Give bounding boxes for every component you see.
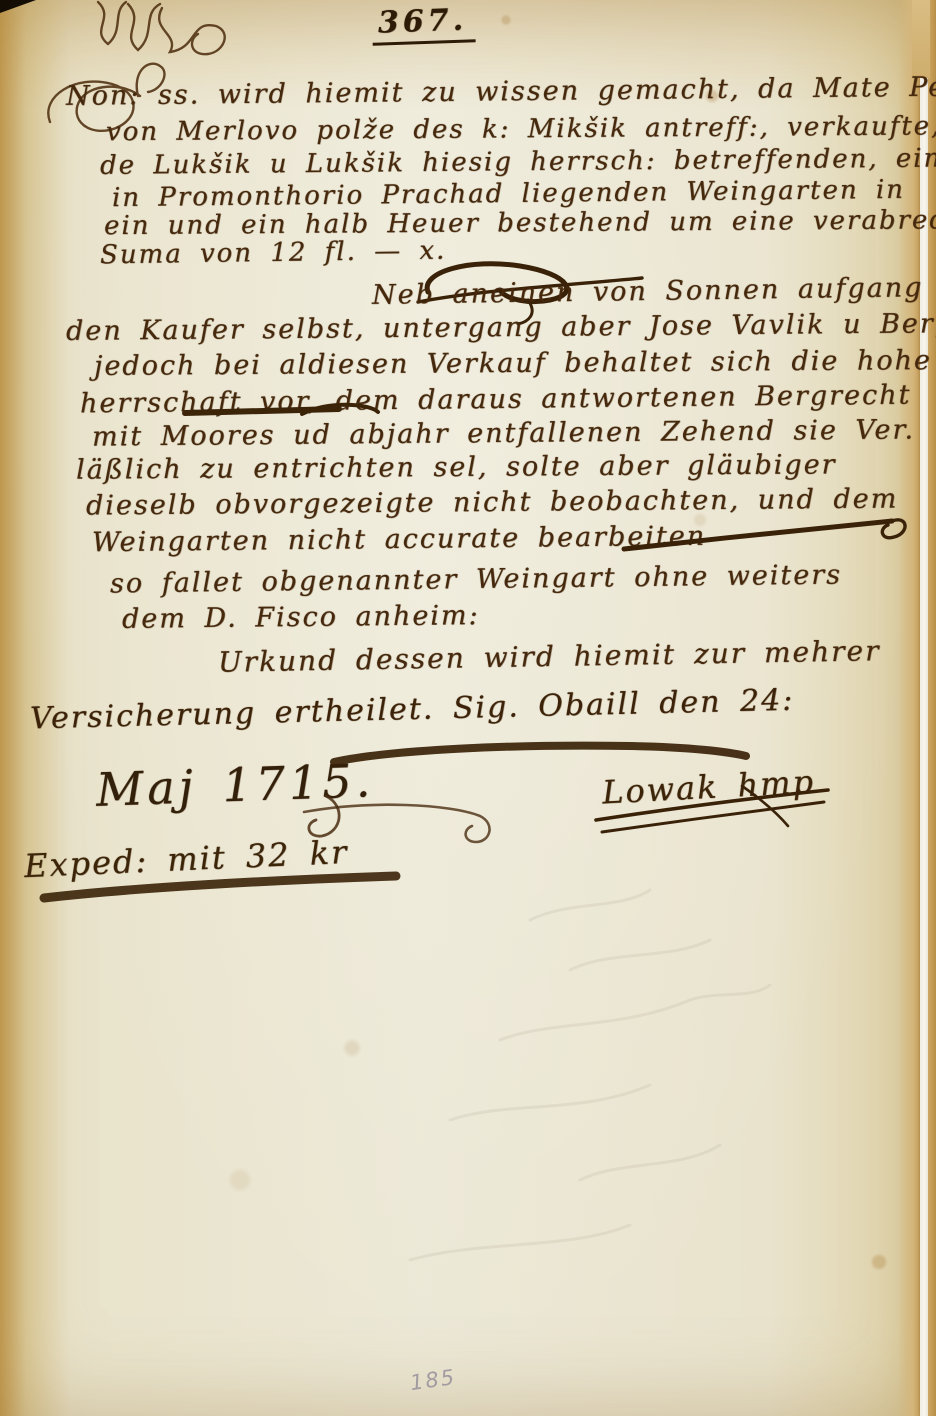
page-number: 367. [371, 2, 475, 46]
signature-strike-marks [592, 780, 832, 840]
closing-line: Urkund dessen wird hiemit zur mehrer [218, 634, 881, 679]
manuscript-page: 367. Non: ss. wird hiemit zu wissen gema… [0, 0, 936, 1416]
manuscript-line: läßlich zu entrichten sel, solte aber gl… [76, 449, 837, 485]
manuscript-line: so fallet obgenannter Weingart ohne weit… [110, 560, 842, 600]
manuscript-line: dem D. Fisco anheim: [122, 600, 480, 635]
manuscript-line: von Merlovo polže des k: Mikšik antreff:… [106, 111, 936, 147]
closing-line: Versicherung ertheilet. Sig. Obaill den … [30, 683, 795, 737]
manuscript-line: ein und ein halb Heuer bestehend um eine… [104, 205, 936, 241]
manuscript-line: den Kaufer selbst, untergang aber Jose V… [66, 308, 936, 347]
pencil-folio: 185 [409, 1365, 458, 1395]
expedit-flourish-curl [296, 792, 356, 862]
strike-mark-moores-loop [300, 398, 380, 428]
manuscript-line: mit Moores ud abjahr entfallenen Zehend … [92, 414, 915, 452]
manuscript-line: Weingarten nicht accurate bearbeiten [92, 521, 706, 558]
manuscript-line: Neb aneinen von Sonnen aufgang [372, 272, 924, 311]
manuscript-line: jedoch bei aldiesen Verkauf behaltet sic… [94, 345, 932, 382]
flourish-stroke-bearbeiten [622, 505, 912, 565]
manuscript-line: Suma von 12 fl. — x. [100, 236, 447, 271]
bleed-through-marks [150, 880, 850, 1380]
